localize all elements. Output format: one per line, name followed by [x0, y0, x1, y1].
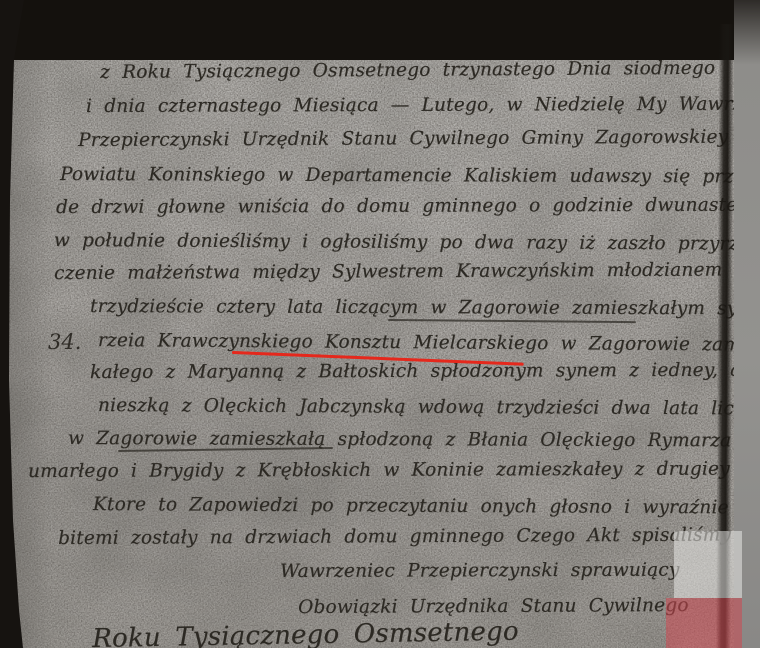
photo-top-band [0, 0, 760, 60]
white-highlight [674, 531, 742, 598]
manuscript-line: bitemi zostały na drzwiach domu gminnego… [58, 524, 731, 549]
scanned-document-page: 86 34. z Roku Tysiącznego Osmsetnego trz… [0, 0, 760, 648]
manuscript-line: umarłego i Brygidy z Krębłoskich w Konin… [28, 458, 760, 482]
manuscript-line: i dnia czternastego Miesiąca — Lutego, w… [86, 94, 760, 117]
manuscript-line: Przepierczynski Urzędnik Stanu Cywilnego… [78, 127, 728, 151]
manuscript-line: Roku Tysiącznego Osmsetnego [92, 617, 519, 648]
manuscript-lines: z Roku Tysiącznego Osmsetnego trzynasteg… [0, 0, 760, 648]
pink-highlight [666, 598, 742, 648]
manuscript-line: z Roku Tysiącznego Osmsetnego trzynasteg… [100, 58, 715, 83]
manuscript-line: kałego z Maryanną z Bałtoskich spłodzony… [90, 360, 760, 383]
manuscript-line: Obowiązki Urzędnika Stanu Cywilnego [298, 595, 689, 618]
manuscript-line: Powiatu Koninskiego w Departamencie Kali… [60, 164, 745, 187]
manuscript-line: nieszką z Olęckich Jabczynską wdową trzy… [98, 395, 760, 420]
manuscript-line: Wawrzeniec Przepierczynski sprawuiący [280, 560, 680, 582]
manuscript-line: w południe donieśliśmy i ogłosiliśmy po … [54, 230, 750, 255]
manuscript-line: czenie małżeństwa między Sylwestrem Kraw… [54, 260, 722, 284]
manuscript-line: de drzwi głowne wniścia do domu gminnego… [56, 195, 748, 218]
manuscript-line: trzydzieście cztery lata liczącym w Zago… [90, 296, 760, 319]
manuscript-line: Ktore to Zapowiedzi po przeczytaniu onyc… [93, 494, 760, 519]
manuscript-line: rzeia Krawczynskiego Konsztu Mielcarskie… [98, 330, 760, 356]
manuscript-line: w Zagorowie zamieszkałą spłodzoną z Błan… [68, 428, 755, 451]
